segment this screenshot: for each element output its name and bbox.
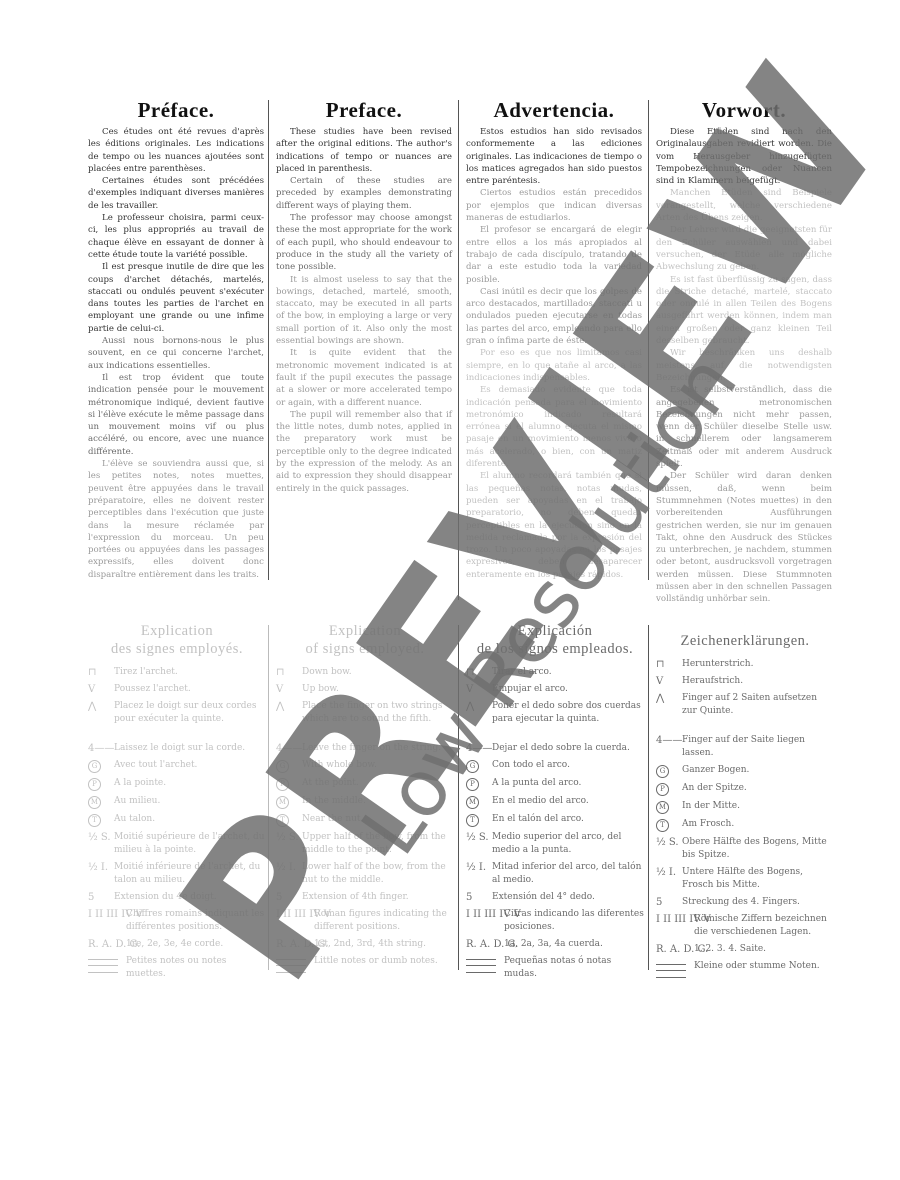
legend-item-text: Am Frosch. (682, 818, 834, 831)
circle-t-icon: T (88, 813, 114, 827)
legend-item-text: Extension du 4e doigt. (114, 891, 266, 904)
preface-paragraph: Il est trop évident que toute indication… (88, 372, 264, 458)
circle-m-icon: M (276, 795, 302, 809)
circle-g-icon: G (466, 759, 492, 773)
hold-finger-icon: 4—— (656, 734, 682, 747)
preface-paragraph: Der Schüler wird daran denken müssen, da… (656, 470, 832, 605)
preface-paragraph: L'élève se souviendra aussi que, si les … (88, 458, 264, 581)
legend-item-text: Römische Ziffern bezeichnen die verschie… (694, 913, 834, 939)
roman-numerals-icon: I II III IV V (276, 908, 314, 921)
barre-icon: ⋀ (276, 700, 302, 713)
legend-item: ½ I.Lower half of the bow, from the nut … (276, 861, 454, 887)
column-divider (458, 100, 459, 600)
legend-title-line: de los signos empleados. (466, 640, 644, 658)
document-page: Préface.Ces études ont été revues d'aprè… (0, 0, 900, 1180)
legend-item-text: Kleine oder stumme Noten. (694, 960, 834, 973)
legend-item: 4——Leave the finger on the string. (276, 742, 454, 755)
legend-item-text: At the point. (302, 777, 454, 790)
small-notes-icon (276, 955, 314, 977)
circle-p-icon: P (656, 782, 682, 796)
legend-title-line: Explicación (466, 622, 644, 640)
half-lower-icon: ½ I. (88, 861, 114, 874)
legend-item: PA la pointe. (88, 777, 266, 791)
roman-numerals-icon: I II III IV V (88, 908, 126, 921)
legend-item: 5Streckung des 4. Fingers. (656, 896, 834, 909)
legend-item: TAm Frosch. (656, 818, 834, 832)
legend-item-text: Medio superior del arco, del medio a la … (492, 831, 644, 857)
legend-item-text: Petites notes ou notes muettes. (126, 955, 266, 981)
legend-item-text: Upper half of the bow, from the middle t… (302, 831, 454, 857)
half-lower-icon: ½ I. (656, 866, 682, 879)
signs-legend-fr: Explicationdes signes employés.⊓Tirez l'… (82, 622, 272, 985)
strings-icon: R. A. D. G. (276, 938, 314, 951)
legend-item-text: Ganzer Bogen. (682, 764, 834, 777)
legend-item: GGanzer Bogen. (656, 764, 834, 778)
circle-t-icon: T (656, 818, 682, 832)
hold-finger-icon: 4—— (276, 742, 302, 755)
legend-item: MEn el medio del arco. (466, 795, 644, 809)
preface-paragraph: Certain of these studies are preceded by… (276, 175, 452, 212)
roman-numerals-icon: I II III IV V (656, 913, 694, 926)
circle-g-icon: G (88, 759, 114, 773)
circle-g-icon: G (656, 764, 682, 778)
legend-item-text: With whole bow. (302, 759, 454, 772)
legend-item: PAt the point. (276, 777, 454, 791)
legend-item: ½ S.Medio superior del arco, del medio a… (466, 831, 644, 857)
legend-item: ½ I.Moitié inférieure de l'archet, du ta… (88, 861, 266, 887)
legend-item-text: Roman figures indicating the different p… (314, 908, 454, 934)
half-lower-icon: ½ I. (466, 861, 492, 874)
legend-item-text: Au talon. (114, 813, 266, 826)
legend-item-text: Moitié inférieure de l'archet, du talon … (114, 861, 266, 887)
preface-paragraph: Es demasiado evidente que toda indicació… (466, 384, 642, 470)
preface-paragraph: Estos estudios han sido revisados confor… (466, 126, 642, 187)
preface-paragraph: Der Lehrer wird die geeignetsten für den… (656, 224, 832, 273)
extension-icon: 5 (88, 891, 114, 904)
preface-paragraph: Es ist fast überflüssig zu sagen, dass d… (656, 274, 832, 348)
up-bow-icon: V (276, 683, 302, 696)
preface-paragraph: It is almost useless to say that the bow… (276, 274, 452, 348)
legend-item-text: Heraufstrich. (682, 675, 834, 688)
legend-item: PAn der Spitze. (656, 782, 834, 796)
column-divider (648, 100, 649, 580)
legend-item-text: A la pointe. (114, 777, 266, 790)
preface-paragraph: The professor may choose amongst these t… (276, 212, 452, 273)
extension-icon: 5 (276, 891, 302, 904)
circle-p-icon: P (88, 777, 114, 791)
preface-paragraph: Por eso es que nos limitamos casi siempr… (466, 347, 642, 384)
half-upper-icon: ½ S. (656, 836, 682, 849)
preface-paragraph: Ces études ont été revues d'après les éd… (88, 126, 264, 175)
legend-item: ⊓Down bow. (276, 666, 454, 679)
preface-paragraph: These studies have been revised after th… (276, 126, 452, 175)
legend-item-text: Poner el dedo sobre dos cuerdas para eje… (492, 700, 644, 726)
legend-item-text: Place the finger on two strings which ar… (302, 700, 454, 726)
barre-icon: ⋀ (656, 692, 682, 705)
legend-item: 5Extension of 4th finger. (276, 891, 454, 904)
down-bow-icon: ⊓ (656, 658, 682, 671)
legend-spacer (656, 722, 834, 734)
legend-title: Explicationof signs employed. (276, 622, 454, 658)
circle-p-icon: P (466, 777, 492, 791)
legend-item-text: Untere Hälfte des Bogens, Frosch bis Mit… (682, 866, 834, 892)
legend-spacer (88, 730, 266, 742)
circle-m-icon: M (466, 795, 492, 809)
legend-item: ⋀Placez le doigt sur deux cordes pour ex… (88, 700, 266, 726)
half-upper-icon: ½ S. (276, 831, 302, 844)
legend-item: I II III IV VRömische Ziffern bezeichnen… (656, 913, 834, 939)
legend-spacer (466, 730, 644, 742)
legend-item: 5Extension du 4e doigt. (88, 891, 266, 904)
legend-item-text: Cifras indicando las diferentes posicion… (504, 908, 644, 934)
small-notes-icon (88, 955, 126, 977)
preface-paragraph: Certaines études sont précédées d'exempl… (88, 175, 264, 212)
preface-paragraph: Il est presque inutile de dire que les c… (88, 261, 264, 335)
legend-item-text: Placez le doigt sur deux cordes pour exé… (114, 700, 266, 726)
preface-paragraph: Diese Etüden sind nach den Originalausga… (656, 126, 832, 187)
legend-item: ½ S.Obere Hälfte des Bogens, Mitte bis S… (656, 836, 834, 862)
legend-item-text: In the middle. (302, 795, 454, 808)
legend-item: ½ I.Mitad inferior del arco, del talón a… (466, 861, 644, 887)
legend-item: 4——Laissez le doigt sur la corde. (88, 742, 266, 755)
legend-item-text: Moitié supérieure de l'archet, du milieu… (114, 831, 266, 857)
legend-item: TNear the nut. (276, 813, 454, 827)
preface-column-fr: Préface.Ces études ont été revues d'aprè… (82, 98, 270, 581)
legend-item-text: Lower half of the bow, from the nut to t… (302, 861, 454, 887)
legend-item-text: Empujar el arco. (492, 683, 644, 696)
legend-item: MIn the middle. (276, 795, 454, 809)
legend-title-line: of signs employed. (276, 640, 454, 658)
legend-item-text: En el talón del arco. (492, 813, 644, 826)
legend-item: ⊓Herunterstrich. (656, 658, 834, 671)
legend-item: VHeraufstrich. (656, 675, 834, 688)
legend-item-text: Pequeñas notas ó notas mudas. (504, 955, 644, 981)
legend-item: TEn el talón del arco. (466, 813, 644, 827)
legend-item-text: Extensión del 4° dedo. (492, 891, 644, 904)
legend-item: ⋀Place the finger on two strings which a… (276, 700, 454, 726)
legend-item: I II III IV VCifras indicando las difere… (466, 908, 644, 934)
legend-item-text: Dejar el dedo sobre la cuerda. (492, 742, 644, 755)
legend-item-text: Laissez le doigt sur la corde. (114, 742, 266, 755)
legend-item: R. A. D. G.1st, 2nd, 3rd, 4th string. (276, 938, 454, 951)
legend-title-line: Explication (88, 622, 266, 640)
legend-item-text: A la punta del arco. (492, 777, 644, 790)
legend-item: ½ S.Moitié supérieure de l'archet, du mi… (88, 831, 266, 857)
legend-item-text: Little notes or dumb notes. (314, 955, 454, 968)
circle-t-icon: T (466, 813, 492, 827)
legend-item-text: Finger auf 2 Saiten aufsetzen zur Quinte… (682, 692, 834, 718)
legend-item: ½ I.Untere Hälfte des Bogens, Frosch bis… (656, 866, 834, 892)
extension-icon: 5 (656, 896, 682, 909)
preface-paragraph: Wir beschränken uns deshalb meistens auf… (656, 347, 832, 384)
circle-g-icon: G (276, 759, 302, 773)
preface-title: Preface. (276, 98, 452, 122)
up-bow-icon: V (88, 683, 114, 696)
circle-m-icon: M (656, 800, 682, 814)
preface-paragraph: Casi inútil es decir que los golpes de a… (466, 286, 642, 347)
preface-title: Advertencia. (466, 98, 642, 122)
legend-item-text: Herunterstrich. (682, 658, 834, 671)
legend-item-text: Tirez l'archet. (114, 666, 266, 679)
small-notes-icon (656, 960, 694, 982)
legend-title-line: Zeichenerklärungen. (656, 632, 834, 650)
legend-title-line: Explication (276, 622, 454, 640)
legend-item-text: 1st, 2nd, 3rd, 4th string. (314, 938, 454, 951)
preface-title: Vorwort. (656, 98, 832, 122)
legend-item-text: Down bow. (302, 666, 454, 679)
legend-item-text: Tirar el arco. (492, 666, 644, 679)
preface-paragraph: The pupil will remember also that if the… (276, 409, 452, 495)
down-bow-icon: ⊓ (466, 666, 492, 679)
barre-icon: ⋀ (466, 700, 492, 713)
roman-numerals-icon: I II III IV V (466, 908, 504, 921)
extension-icon: 5 (466, 891, 492, 904)
legend-item-text: Con todo el arco. (492, 759, 644, 772)
legend-item: MAu milieu. (88, 795, 266, 809)
legend-item-text: Obere Hälfte des Bogens, Mitte bis Spitz… (682, 836, 834, 862)
signs-legend-en: Explicationof signs employed.⊓Down bow.V… (270, 622, 460, 981)
legend-title: Explicationdes signes employés. (88, 622, 266, 658)
legend-item-text: Up bow. (302, 683, 454, 696)
legend-item: VEmpujar el arco. (466, 683, 644, 696)
legend-item: VPoussez l'archet. (88, 683, 266, 696)
half-upper-icon: ½ S. (88, 831, 114, 844)
circle-p-icon: P (276, 777, 302, 791)
legend-item-text: Avec tout l'archet. (114, 759, 266, 772)
preface-paragraph: Ciertos estudios están precedidos por ej… (466, 187, 642, 224)
legend-item: GCon todo el arco. (466, 759, 644, 773)
legend-item: I II III IV VChiffres romains indiquant … (88, 908, 266, 934)
legend-item: PA la punta del arco. (466, 777, 644, 791)
preface-title: Préface. (88, 98, 264, 122)
preface-paragraph: It is quite evident that the metronomic … (276, 347, 452, 408)
legend-item-text: An der Spitze. (682, 782, 834, 795)
legend-title-line: des signes employés. (88, 640, 266, 658)
hold-finger-icon: 4—— (88, 742, 114, 755)
legend-item: Kleine oder stumme Noten. (656, 960, 834, 982)
legend-item-text: Near the nut. (302, 813, 454, 826)
half-lower-icon: ½ I. (276, 861, 302, 874)
legend-spacer (276, 730, 454, 742)
legend-item: Pequeñas notas ó notas mudas. (466, 955, 644, 981)
strings-icon: R. A. D. G. (88, 938, 126, 951)
legend-item-text: Mitad inferior del arco, del talón al me… (492, 861, 644, 887)
legend-item: R. A. D. G.1re, 2e, 3e, 4e corde. (88, 938, 266, 951)
column-divider (268, 100, 269, 580)
legend-item: ⊓Tirez l'archet. (88, 666, 266, 679)
legend-item: ⋀Poner el dedo sobre dos cuerdas para ej… (466, 700, 644, 726)
legend-item-text: In der Mitte. (682, 800, 834, 813)
up-bow-icon: V (466, 683, 492, 696)
legend-item: GAvec tout l'archet. (88, 759, 266, 773)
legend-item: 5Extensión del 4° dedo. (466, 891, 644, 904)
legend-item-text: Poussez l'archet. (114, 683, 266, 696)
legend-item: Petites notes ou notes muettes. (88, 955, 266, 981)
preface-paragraph: El profesor se encargará de elegir entre… (466, 224, 642, 285)
preface-paragraph: Le professeur choisira, parmi ceux-ci, l… (88, 212, 264, 261)
circle-t-icon: T (276, 813, 302, 827)
legend-item: MIn der Mitte. (656, 800, 834, 814)
legend-item: VUp bow. (276, 683, 454, 696)
legend-item: R. A. D. G.1a, 2a, 3a, 4a cuerda. (466, 938, 644, 951)
legend-item: Little notes or dumb notes. (276, 955, 454, 977)
preface-column-de: Vorwort.Diese Etüden sind nach den Origi… (650, 98, 838, 606)
preface-column-en: Preface.These studies have been revised … (270, 98, 458, 495)
strings-icon: R. A. D. G. (656, 943, 694, 956)
legend-item: TAu talon. (88, 813, 266, 827)
legend-item-text: En el medio del arco. (492, 795, 644, 808)
legend-title: Zeichenerklärungen. (656, 632, 834, 650)
circle-m-icon: M (88, 795, 114, 809)
preface-paragraph: Es ist selbstverständlich, dass die ange… (656, 384, 832, 470)
legend-item: I II III IV VRoman figures indicating th… (276, 908, 454, 934)
legend-title: Explicaciónde los signos empleados. (466, 622, 644, 658)
legend-item-text: Extension of 4th finger. (302, 891, 454, 904)
down-bow-icon: ⊓ (88, 666, 114, 679)
legend-item: 4——Dejar el dedo sobre la cuerda. (466, 742, 644, 755)
legend-item: ⊓Tirar el arco. (466, 666, 644, 679)
legend-item: GWith whole bow. (276, 759, 454, 773)
legend-item-text: 1. 2. 3. 4. Saite. (694, 943, 834, 956)
strings-icon: R. A. D. G. (466, 938, 504, 951)
legend-item-text: Streckung des 4. Fingers. (682, 896, 834, 909)
preface-paragraph: Manchen Etüden sind Beispiele vorangeste… (656, 187, 832, 224)
legend-item: ½ S.Upper half of the bow, from the midd… (276, 831, 454, 857)
signs-legend-es: Explicaciónde los signos empleados.⊓Tira… (460, 622, 650, 985)
preface-paragraph: Aussi nous bornons-nous le plus souvent,… (88, 335, 264, 372)
preface-paragraph: El alumno recordará también que si las p… (466, 470, 642, 581)
legend-item-text: 1re, 2e, 3e, 4e corde. (126, 938, 266, 951)
legend-item-text: 1a, 2a, 3a, 4a cuerda. (504, 938, 644, 951)
legend-item-text: Leave the finger on the string. (302, 742, 454, 755)
half-upper-icon: ½ S. (466, 831, 492, 844)
signs-legend-de: Zeichenerklärungen.⊓Herunterstrich.VHera… (650, 632, 840, 986)
legend-item-text: Finger auf der Saite liegen lassen. (682, 734, 834, 760)
legend-item: 4——Finger auf der Saite liegen lassen. (656, 734, 834, 760)
legend-item: ⋀Finger auf 2 Saiten aufsetzen zur Quint… (656, 692, 834, 718)
down-bow-icon: ⊓ (276, 666, 302, 679)
legend-item: R. A. D. G.1. 2. 3. 4. Saite. (656, 943, 834, 956)
legend-item-text: Au milieu. (114, 795, 266, 808)
legend-item-text: Chiffres romains indiquant les différent… (126, 908, 266, 934)
small-notes-icon (466, 955, 504, 977)
hold-finger-icon: 4—— (466, 742, 492, 755)
preface-column-es: Advertencia.Estos estudios han sido revi… (460, 98, 648, 581)
up-bow-icon: V (656, 675, 682, 688)
barre-icon: ⋀ (88, 700, 114, 713)
